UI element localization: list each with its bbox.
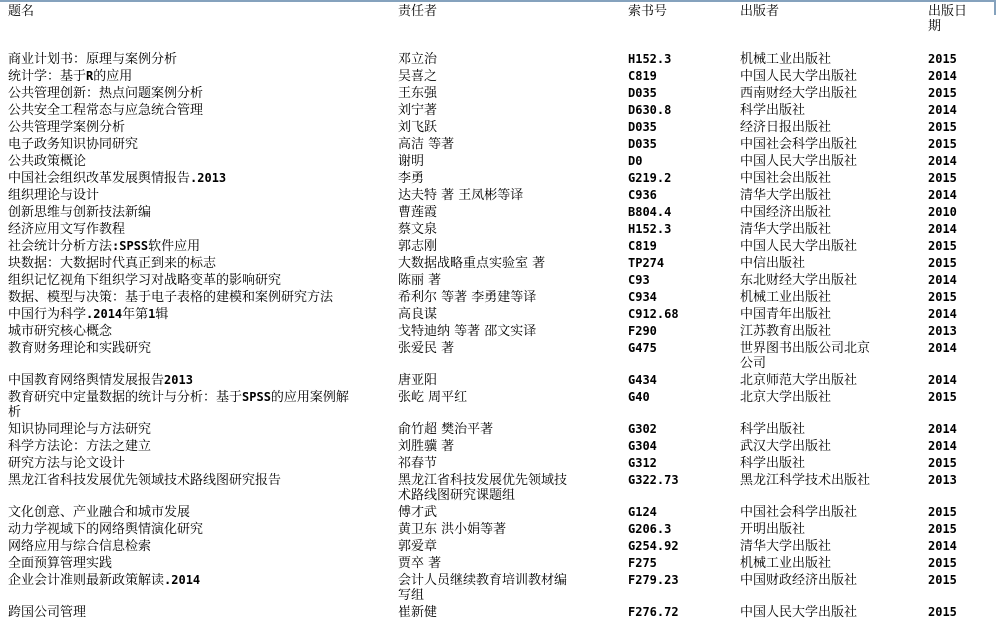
cell-title: 中国社会组织改革发展舆情报告.2013	[2, 171, 392, 186]
book-author: 邓立治	[398, 52, 437, 67]
cell-pub-date: 2014	[926, 341, 990, 371]
cell-call-number: G206.3	[624, 522, 736, 537]
cell-author: 郭志刚	[394, 239, 622, 254]
cell-call-number: D0	[624, 154, 736, 169]
book-title[interactable]: 企业会计准则最新政策解读.2014	[8, 573, 200, 588]
cell-author: 唐亚阳	[394, 373, 622, 388]
cell-pub-date: 2015	[926, 505, 990, 520]
table-row: 商业计划书：原理与案例分析 邓立治 H152.3 机械工业出版社 2015	[2, 52, 990, 67]
cell-publisher: 中国人民大学出版社	[738, 605, 924, 620]
cell-publisher: 中国人民大学出版社	[738, 239, 924, 254]
cell-publisher: 中信出版社	[738, 256, 924, 271]
cell-title: 网络应用与综合信息检索	[2, 539, 392, 554]
cell-title: 城市研究核心概念	[2, 324, 392, 339]
book-author: 张屹 周平红	[398, 390, 467, 405]
book-author: 谢明	[398, 154, 424, 169]
cell-publisher: 北京师范大学出版社	[738, 373, 924, 388]
book-title[interactable]: 社会统计分析方法:SPSS软件应用	[8, 239, 200, 254]
cell-publisher: 北京大学出版社	[738, 390, 924, 420]
cell-call-number: F290	[624, 324, 736, 339]
cell-title: 动力学视域下的网络舆情演化研究	[2, 522, 392, 537]
cell-author: 傅才武	[394, 505, 622, 520]
cell-title: 社会统计分析方法:SPSS软件应用	[2, 239, 392, 254]
cell-author: 贾卒 著	[394, 556, 622, 571]
cell-publisher: 中国人民大学出版社	[738, 154, 924, 169]
table-row: 教育研究中定量数据的统计与分析：基于SPSS的应用案例解析 张屹 周平红 G40…	[2, 390, 990, 420]
cell-call-number: H152.3	[624, 222, 736, 237]
table-row: 组织记忆视角下组织学习对战略变革的影响研究 陈丽 著 C93 东北财经大学出版社…	[2, 273, 990, 288]
table-row: 知识协同理论与方法研究 俞竹超 樊治平著 G302 科学出版社 2014	[2, 422, 990, 437]
cell-author: 戈特迪纳 等著 邵文实译	[394, 324, 622, 339]
cell-title: 经济应用文写作教程	[2, 222, 392, 237]
table-row: 组织理论与设计 达夫特 著 王凤彬等译 C936 清华大学出版社 2014	[2, 188, 990, 203]
cell-publisher: 中国社会出版社	[738, 171, 924, 186]
cell-publisher: 中国财政经济出版社	[738, 573, 924, 603]
book-author: 刘飞跃	[398, 120, 437, 135]
cell-title: 文化创意、产业融合和城市发展	[2, 505, 392, 520]
cell-author: 王东强	[394, 86, 622, 101]
cell-publisher: 中国社会科学出版社	[738, 505, 924, 520]
table-row: 研究方法与论文设计 祁春节 G312 科学出版社 2015	[2, 456, 990, 471]
cell-title: 统计学：基于R的应用	[2, 69, 392, 84]
cell-call-number: F275	[624, 556, 736, 571]
book-author: 蔡文泉	[398, 222, 437, 237]
book-author: 刘胜骥 著	[398, 439, 454, 454]
cell-call-number: F279.23	[624, 573, 736, 603]
cell-publisher: 科学出版社	[738, 422, 924, 437]
book-title[interactable]: 组织理论与设计	[8, 188, 99, 203]
cell-publisher: 科学出版社	[738, 103, 924, 118]
cell-publisher: 中国人民大学出版社	[738, 69, 924, 84]
cell-author: 黄卫东 洪小娟等著	[394, 522, 622, 537]
table-row: 中国社会组织改革发展舆情报告.2013 李勇 G219.2 中国社会出版社 20…	[2, 171, 990, 186]
cell-call-number: C819	[624, 69, 736, 84]
cell-pub-date: 2014	[926, 188, 990, 203]
book-author: 希利尔 等著 李勇建等译	[398, 290, 536, 305]
cell-call-number: C936	[624, 188, 736, 203]
cell-pub-date: 2013	[926, 473, 990, 503]
column-header-call-number: 索书号	[624, 4, 736, 50]
cell-call-number: G475	[624, 341, 736, 371]
cell-call-number: G304	[624, 439, 736, 454]
book-author: 张爱民 著	[398, 341, 454, 356]
book-title[interactable]: 公共管理创新：热点问题案例分析	[8, 86, 203, 101]
table-row: 文化创意、产业融合和城市发展 傅才武 G124 中国社会科学出版社 2015	[2, 505, 990, 520]
book-title[interactable]: 网络应用与综合信息检索	[8, 539, 151, 554]
cell-publisher: 黑龙江科学技术出版社	[738, 473, 924, 503]
book-title[interactable]: 商业计划书：原理与案例分析	[8, 52, 177, 67]
cell-pub-date: 2010	[926, 205, 990, 220]
book-author: 曹莲霞	[398, 205, 437, 220]
column-header-author: 责任者	[394, 4, 622, 50]
cell-title: 公共安全工程常态与应急统合管理	[2, 103, 392, 118]
cell-author: 张爱民 著	[394, 341, 622, 371]
book-author: 吴喜之	[398, 69, 437, 84]
cell-publisher: 中国经济出版社	[738, 205, 924, 220]
cell-author: 张屹 周平红	[394, 390, 622, 420]
book-title[interactable]: 跨国公司管理	[8, 605, 86, 620]
cell-call-number: F276.72	[624, 605, 736, 620]
cell-pub-date: 2015	[926, 120, 990, 135]
cell-pub-date: 2015	[926, 522, 990, 537]
book-title[interactable]: 创新思维与创新技法新编	[8, 205, 151, 220]
column-header-title: 题名	[2, 4, 392, 50]
book-title[interactable]: 黑龙江省科技发展优先领域技术路线图研究报告	[8, 473, 281, 488]
cell-call-number: G312	[624, 456, 736, 471]
book-title[interactable]: 文化创意、产业融合和城市发展	[8, 505, 190, 520]
cell-title: 教育研究中定量数据的统计与分析：基于SPSS的应用案例解析	[2, 390, 392, 420]
table-row: 数据、模型与决策：基于电子表格的建模和案例研究方法 希利尔 等著 李勇建等译 C…	[2, 290, 990, 305]
cell-publisher: 机械工业出版社	[738, 556, 924, 571]
cell-call-number: D630.8	[624, 103, 736, 118]
column-header-publisher: 出版者	[738, 4, 924, 50]
cell-title: 研究方法与论文设计	[2, 456, 392, 471]
cell-title: 企业会计准则最新政策解读.2014	[2, 573, 392, 603]
book-author: 祁春节	[398, 456, 437, 471]
cell-call-number: C819	[624, 239, 736, 254]
table-row: 公共安全工程常态与应急统合管理 刘宁著 D630.8 科学出版社 2014	[2, 103, 990, 118]
cell-pub-date: 2015	[926, 573, 990, 603]
cell-call-number: B804.4	[624, 205, 736, 220]
cell-call-number: D035	[624, 120, 736, 135]
cell-author: 刘飞跃	[394, 120, 622, 135]
cell-publisher: 机械工业出版社	[738, 52, 924, 67]
cell-title: 知识协同理论与方法研究	[2, 422, 392, 437]
book-author: 李勇	[398, 171, 424, 186]
cell-pub-date: 2015	[926, 290, 990, 305]
cell-author: 刘宁著	[394, 103, 622, 118]
cell-pub-date: 2014	[926, 154, 990, 169]
cell-pub-date: 2015	[926, 605, 990, 620]
table-row: 电子政务知识协同研究 高洁 等著 D035 中国社会科学出版社 2015	[2, 137, 990, 152]
cell-call-number: D035	[624, 86, 736, 101]
book-title[interactable]: 教育研究中定量数据的统计与分析：基于SPSS的应用案例解析	[8, 390, 349, 420]
cell-title: 公共政策概论	[2, 154, 392, 169]
cell-call-number: TP274	[624, 256, 736, 271]
cell-author: 陈丽 著	[394, 273, 622, 288]
cell-call-number: C934	[624, 290, 736, 305]
book-title[interactable]: 中国社会组织改革发展舆情报告.2013	[8, 171, 226, 186]
book-results-table: 题名 责任者 索书号 出版者 出版日期 商业计划书：原理与案例分析 邓立治 H1…	[0, 2, 992, 622]
cell-pub-date: 2014	[926, 273, 990, 288]
cell-title: 块数据：大数据时代真正到来的标志	[2, 256, 392, 271]
header-row: 题名 责任者 索书号 出版者 出版日期	[2, 4, 990, 50]
table-row: 企业会计准则最新政策解读.2014 会计人员继续教育培训教材编写组 F279.2…	[2, 573, 990, 603]
cell-pub-date: 2014	[926, 422, 990, 437]
cell-title: 组织记忆视角下组织学习对战略变革的影响研究	[2, 273, 392, 288]
cell-pub-date: 2013	[926, 324, 990, 339]
cell-title: 公共管理创新：热点问题案例分析	[2, 86, 392, 101]
cell-publisher: 清华大学出版社	[738, 539, 924, 554]
cell-call-number: H152.3	[624, 52, 736, 67]
cell-publisher: 东北财经大学出版社	[738, 273, 924, 288]
cell-call-number: G302	[624, 422, 736, 437]
book-author: 戈特迪纳 等著 邵文实译	[398, 324, 536, 339]
cell-title: 跨国公司管理	[2, 605, 392, 620]
cell-pub-date: 2014	[926, 439, 990, 454]
table-row: 教育财务理论和实践研究 张爱民 著 G475 世界图书出版公司北京公司 2014	[2, 341, 990, 371]
cell-pub-date: 2014	[926, 539, 990, 554]
book-author: 黄卫东 洪小娟等著	[398, 522, 506, 537]
book-title[interactable]: 中国行为科学.2014年第1辑	[8, 307, 168, 322]
cell-pub-date: 2015	[926, 137, 990, 152]
book-author: 俞竹超 樊治平著	[398, 422, 493, 437]
cell-author: 邓立治	[394, 52, 622, 67]
table-row: 网络应用与综合信息检索 郭爱章 G254.92 清华大学出版社 2014	[2, 539, 990, 554]
book-title[interactable]: 块数据：大数据时代真正到来的标志	[8, 256, 216, 271]
cell-author: 郭爱章	[394, 539, 622, 554]
book-author: 贾卒 著	[398, 556, 441, 571]
cell-call-number: G40	[624, 390, 736, 420]
column-header-pub-date: 出版日期	[926, 4, 990, 50]
table-row: 中国行为科学.2014年第1辑 高良谋 C912.68 中国青年出版社 2014	[2, 307, 990, 322]
cell-call-number: G124	[624, 505, 736, 520]
book-author: 崔新健	[398, 605, 437, 620]
cell-pub-date: 2014	[926, 222, 990, 237]
book-title[interactable]: 公共政策概论	[8, 154, 86, 169]
cell-title: 商业计划书：原理与案例分析	[2, 52, 392, 67]
cell-pub-date: 2015	[926, 456, 990, 471]
cell-publisher: 机械工业出版社	[738, 290, 924, 305]
cell-call-number: C912.68	[624, 307, 736, 322]
cell-author: 黑龙江省科技发展优先领域技术路线图研究课题组	[394, 473, 622, 503]
cell-author: 曹莲霞	[394, 205, 622, 220]
cell-publisher: 科学出版社	[738, 456, 924, 471]
table-row: 创新思维与创新技法新编 曹莲霞 B804.4 中国经济出版社 2010	[2, 205, 990, 220]
cell-call-number: G219.2	[624, 171, 736, 186]
cell-pub-date: 2014	[926, 373, 990, 388]
book-author: 刘宁著	[398, 103, 437, 118]
cell-publisher: 中国青年出版社	[738, 307, 924, 322]
cell-author: 谢明	[394, 154, 622, 169]
cell-publisher: 经济日报出版社	[738, 120, 924, 135]
cell-author: 俞竹超 樊治平著	[394, 422, 622, 437]
cell-call-number: C93	[624, 273, 736, 288]
book-title[interactable]: 科学方法论：方法之建立	[8, 439, 151, 454]
cell-publisher: 中国社会科学出版社	[738, 137, 924, 152]
cell-publisher: 西南财经大学出版社	[738, 86, 924, 101]
cell-title: 中国行为科学.2014年第1辑	[2, 307, 392, 322]
book-author: 郭志刚	[398, 239, 437, 254]
book-title[interactable]: 电子政务知识协同研究	[8, 137, 138, 152]
cell-author: 高洁 等著	[394, 137, 622, 152]
book-author: 郭爱章	[398, 539, 437, 554]
cell-call-number: G254.92	[624, 539, 736, 554]
table-row: 中国教育网络舆情发展报告2013 唐亚阳 G434 北京师范大学出版社 2014	[2, 373, 990, 388]
book-author: 陈丽 著	[398, 273, 441, 288]
book-title[interactable]: 统计学：基于R的应用	[8, 69, 132, 84]
page-top-border	[0, 0, 996, 2]
table-row: 城市研究核心概念 戈特迪纳 等著 邵文实译 F290 江苏教育出版社 2013	[2, 324, 990, 339]
cell-publisher: 开明出版社	[738, 522, 924, 537]
table-row: 黑龙江省科技发展优先领域技术路线图研究报告 黑龙江省科技发展优先领域技术路线图研…	[2, 473, 990, 503]
table-row: 动力学视域下的网络舆情演化研究 黄卫东 洪小娟等著 G206.3 开明出版社 2…	[2, 522, 990, 537]
cell-call-number: D035	[624, 137, 736, 152]
book-author: 会计人员继续教育培训教材编写组	[398, 573, 567, 603]
cell-author: 吴喜之	[394, 69, 622, 84]
book-title[interactable]: 经济应用文写作教程	[8, 222, 125, 237]
cell-title: 教育财务理论和实践研究	[2, 341, 392, 371]
book-author: 黑龙江省科技发展优先领域技术路线图研究课题组	[398, 473, 567, 503]
cell-author: 高良谋	[394, 307, 622, 322]
cell-pub-date: 2015	[926, 86, 990, 101]
table-row: 跨国公司管理 崔新健 F276.72 中国人民大学出版社 2015	[2, 605, 990, 620]
table-row: 全面预算管理实践 贾卒 著 F275 机械工业出版社 2015	[2, 556, 990, 571]
cell-publisher: 清华大学出版社	[738, 222, 924, 237]
cell-pub-date: 2015	[926, 171, 990, 186]
cell-author: 达夫特 著 王凤彬等译	[394, 188, 622, 203]
column-header-pub-date-label: 出版日期	[928, 4, 970, 34]
cell-author: 大数据战略重点实验室 著	[394, 256, 622, 271]
cell-pub-date: 2015	[926, 256, 990, 271]
cell-author: 希利尔 等著 李勇建等译	[394, 290, 622, 305]
cell-call-number: G322.73	[624, 473, 736, 503]
book-author: 大数据战略重点实验室 著	[398, 256, 545, 271]
book-author: 高洁 等著	[398, 137, 454, 152]
cell-publisher: 武汉大学出版社	[738, 439, 924, 454]
book-title[interactable]: 公共安全工程常态与应急统合管理	[8, 103, 203, 118]
cell-author: 刘胜骥 著	[394, 439, 622, 454]
table-row: 统计学：基于R的应用 吴喜之 C819 中国人民大学出版社 2014	[2, 69, 990, 84]
table-row: 社会统计分析方法:SPSS软件应用 郭志刚 C819 中国人民大学出版社 201…	[2, 239, 990, 254]
book-author: 傅才武	[398, 505, 437, 520]
table-row: 公共管理创新：热点问题案例分析 王东强 D035 西南财经大学出版社 2015	[2, 86, 990, 101]
book-title[interactable]: 知识协同理论与方法研究	[8, 422, 151, 437]
table-row: 公共管理学案例分析 刘飞跃 D035 经济日报出版社 2015	[2, 120, 990, 135]
book-title[interactable]: 城市研究核心概念	[8, 324, 112, 339]
book-author: 高良谋	[398, 307, 437, 322]
cell-pub-date: 2014	[926, 307, 990, 322]
cell-title: 科学方法论：方法之建立	[2, 439, 392, 454]
table-row: 科学方法论：方法之建立 刘胜骥 著 G304 武汉大学出版社 2014	[2, 439, 990, 454]
book-title[interactable]: 教育财务理论和实践研究	[8, 341, 151, 356]
cell-author: 蔡文泉	[394, 222, 622, 237]
cell-pub-date: 2014	[926, 69, 990, 84]
cell-title: 电子政务知识协同研究	[2, 137, 392, 152]
table-row: 经济应用文写作教程 蔡文泉 H152.3 清华大学出版社 2014	[2, 222, 990, 237]
book-author: 达夫特 著 王凤彬等译	[398, 188, 523, 203]
table-row: 公共政策概论 谢明 D0 中国人民大学出版社 2014	[2, 154, 990, 169]
cell-title: 组织理论与设计	[2, 188, 392, 203]
cell-pub-date: 2015	[926, 239, 990, 254]
cell-title: 黑龙江省科技发展优先领域技术路线图研究报告	[2, 473, 392, 503]
book-title[interactable]: 全面预算管理实践	[8, 556, 112, 571]
cell-author: 崔新健	[394, 605, 622, 620]
table-row: 块数据：大数据时代真正到来的标志 大数据战略重点实验室 著 TP274 中信出版…	[2, 256, 990, 271]
cell-pub-date: 2015	[926, 556, 990, 571]
cell-pub-date: 2014	[926, 103, 990, 118]
cell-publisher: 清华大学出版社	[738, 188, 924, 203]
cell-pub-date: 2015	[926, 390, 990, 420]
book-author: 王东强	[398, 86, 437, 101]
book-title[interactable]: 中国教育网络舆情发展报告2013	[8, 373, 193, 388]
cell-title: 中国教育网络舆情发展报告2013	[2, 373, 392, 388]
cell-title: 创新思维与创新技法新编	[2, 205, 392, 220]
cell-author: 李勇	[394, 171, 622, 186]
book-title[interactable]: 公共管理学案例分析	[8, 120, 125, 135]
book-title[interactable]: 数据、模型与决策：基于电子表格的建模和案例研究方法	[8, 290, 333, 305]
cell-author: 会计人员继续教育培训教材编写组	[394, 573, 622, 603]
cell-pub-date: 2015	[926, 52, 990, 67]
book-author: 唐亚阳	[398, 373, 437, 388]
cell-title: 数据、模型与决策：基于电子表格的建模和案例研究方法	[2, 290, 392, 305]
cell-publisher: 世界图书出版公司北京公司	[738, 341, 924, 371]
cell-publisher: 江苏教育出版社	[738, 324, 924, 339]
cell-title: 公共管理学案例分析	[2, 120, 392, 135]
book-title[interactable]: 动力学视域下的网络舆情演化研究	[8, 522, 203, 537]
cell-call-number: G434	[624, 373, 736, 388]
book-title[interactable]: 组织记忆视角下组织学习对战略变革的影响研究	[8, 273, 281, 288]
cell-title: 全面预算管理实践	[2, 556, 392, 571]
cell-author: 祁春节	[394, 456, 622, 471]
book-title[interactable]: 研究方法与论文设计	[8, 456, 125, 471]
